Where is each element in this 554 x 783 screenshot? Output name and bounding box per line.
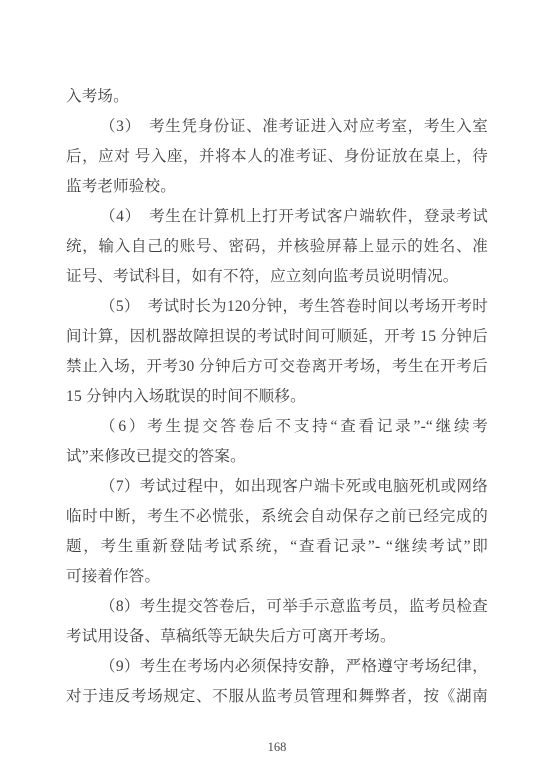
- text-line: 后，应对 号入座，并将本人的准考证、身份证放在桌上，待: [66, 142, 488, 172]
- text-line: （8）考生提交答卷后，可举手示意监考员，监考员检查: [66, 592, 488, 622]
- text-line: （4） 考生在计算机上打开考试客户端软件，登录考试系: [66, 202, 488, 232]
- text-line: 对于违反考场规定、不服从监考员管理和舞弊者，按《湖南省: [66, 682, 488, 712]
- text-line: 可接着作答。: [66, 562, 488, 592]
- text-line: （3） 考生凭身份证、准考证进入对应考室，考生入室: [66, 112, 488, 142]
- text-line: 临时中断，考生不必慌张，系统会自动保存之前已经完成的答: [66, 502, 488, 532]
- document-page: 入考场。 （3） 考生凭身份证、准考证进入对应考室，考生入室 后，应对 号入座，…: [0, 0, 554, 783]
- text-line: （7）考试过程中，如出现客户端卡死或电脑死机或网络: [66, 472, 488, 502]
- text-line: 试”来修改已提交的答案。: [66, 442, 488, 472]
- text-line: （5） 考试时长为120分钟，考生答卷时间以考场开考时: [66, 292, 488, 322]
- text-line: 考试用设备、草稿纸等无缺失后方可离开考场。: [66, 622, 488, 652]
- text-line: 15 分钟内入场耽误的时间不顺移。: [66, 382, 488, 412]
- text-line: （6）考生提交答卷后不支持“查看记录”-“继续考: [66, 412, 488, 442]
- text-line: 题，考生重新登陆考试系统，“查看记录”- “继续考试”即: [66, 532, 488, 562]
- text-line: 监考老师验校。: [66, 172, 488, 202]
- text-line: （9）考生在考场内必须保持安静，严格遵守考场纪律，: [66, 652, 488, 682]
- text-line: 证号、考试科目，如有不符，应立刻向监考员说明情况。: [66, 262, 488, 292]
- page-number: 168: [0, 739, 554, 756]
- text-line: 禁止入场，开考30 分钟后方可交卷离开考场，考生在开考后: [66, 352, 488, 382]
- text-line: 间计算，因机器故障担误的考试时间可顺延，开考 15 分钟后: [66, 322, 488, 352]
- text-line: 入考场。: [66, 82, 488, 112]
- document-body: 入考场。 （3） 考生凭身份证、准考证进入对应考室，考生入室 后，应对 号入座，…: [66, 82, 488, 712]
- text-line: 统，输入自己的账号、密码，并核验屏幕上显示的姓名、准考: [66, 232, 488, 262]
